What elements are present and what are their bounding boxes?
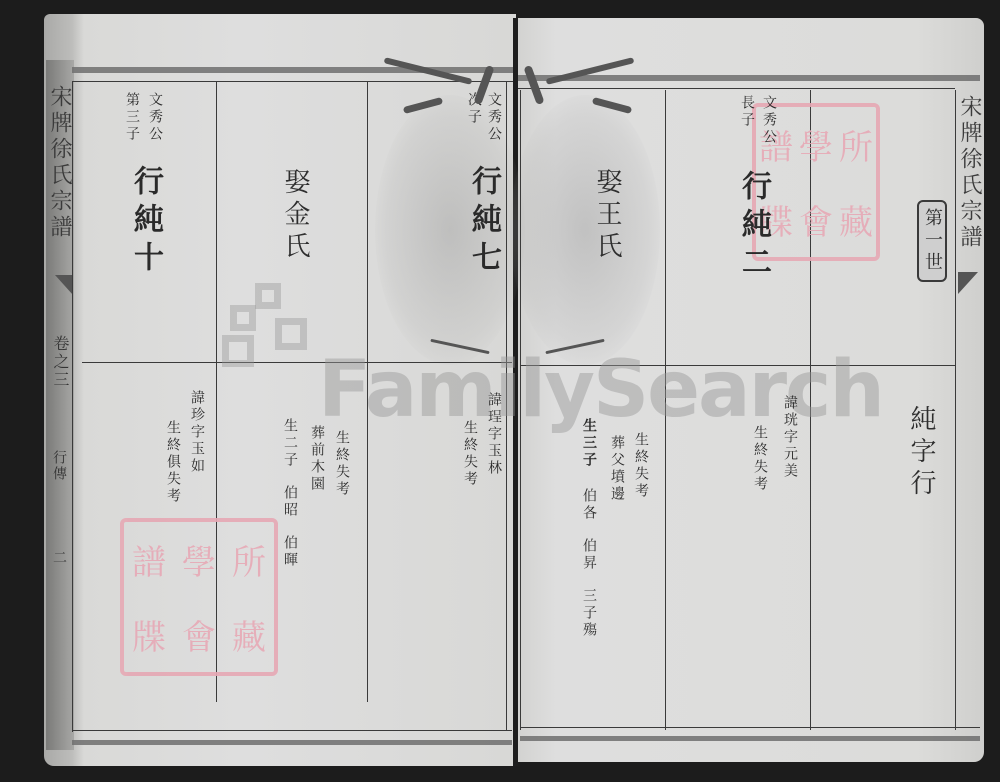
top-border-thick-right [518, 75, 980, 81]
water-stain [510, 95, 660, 365]
familysearch-watermark: FamilySearch [318, 345, 883, 435]
fish-tail-mark-right [958, 272, 978, 294]
seal-char: 譜 [124, 522, 174, 597]
seal-char: 會 [796, 182, 836, 257]
entry-child: 伯昇 [582, 538, 596, 572]
bottom-border-thick-left [72, 740, 512, 745]
seal-char: 學 [174, 522, 224, 597]
entry-detail: 生終失考 [753, 425, 767, 493]
familysearch-logo-icon [222, 335, 254, 367]
entry-father: 文秀公 [762, 95, 776, 146]
spine-volume: 卷之三 [52, 335, 68, 389]
generation-label: 純字行 [908, 405, 934, 501]
entry-child: 伯各 [582, 488, 596, 522]
familysearch-logo-icon [255, 283, 281, 309]
entry-detail: 諱珖字元美 [783, 395, 797, 480]
spine-page-number: 二 [52, 550, 66, 566]
water-stain [375, 95, 525, 365]
collector-seal-left: 譜 學 所 牒 會 藏 [120, 518, 278, 676]
entry-detail: 諱珍字玉如 [190, 390, 204, 475]
column-rule [955, 90, 956, 730]
seal-char: 藏 [836, 182, 876, 257]
familysearch-logo-icon [230, 305, 256, 331]
seal-char: 藏 [224, 597, 274, 672]
entry-child: 伯暉 [283, 535, 297, 569]
seal-char: 所 [224, 522, 274, 597]
generation-volume-badge: 第一世 [917, 200, 947, 282]
top-border-thin-right [518, 88, 955, 89]
seal-char: 牒 [124, 597, 174, 672]
entry-name: 行純二 [738, 170, 768, 284]
familysearch-logo-icon [275, 318, 307, 350]
entry-birth-order: 第三子 [125, 92, 139, 143]
top-border-thin-left [72, 81, 513, 82]
seal-char: 所 [836, 107, 876, 182]
entry-name: 行純七 [468, 165, 498, 279]
entry-detail: 諱珵字玉林 [487, 392, 501, 477]
entry-detail: 生終失考 [463, 420, 477, 488]
entry-spouse-detail: 葬父墳邊 [610, 435, 624, 503]
spine-section: 行傳 [52, 450, 66, 482]
entry-spouse-detail: 生終失考 [335, 430, 349, 498]
entry-detail: 生終俱失考 [166, 420, 180, 505]
entry-name: 行純十 [130, 165, 160, 279]
fish-tail-mark [55, 275, 73, 295]
entry-birth-order: 長子 [740, 95, 754, 129]
entry-father: 文秀公 [148, 92, 162, 143]
entry-spouse: 娶王氏 [594, 168, 620, 264]
spine-title-left: 宋牌徐氏宗譜 [48, 85, 70, 241]
entry-spouse-detail: 生終失考 [634, 432, 648, 500]
bottom-border-thin-left [72, 730, 512, 731]
entry-spouse: 娶金氏 [282, 168, 308, 264]
entry-father: 文秀公 [487, 92, 501, 143]
entry-child: 三子殤 [582, 588, 596, 639]
bottom-border-thin-right [520, 727, 980, 728]
entry-children: 生二子 [283, 418, 297, 469]
entry-child: 伯昭 [283, 485, 297, 519]
entry-children: 生三子 [582, 418, 596, 469]
bottom-border-thick-right [520, 736, 980, 741]
seal-char: 學 [796, 107, 836, 182]
seal-char: 會 [174, 597, 224, 672]
entry-spouse-detail: 葬前木園 [310, 425, 324, 493]
column-rule [72, 82, 73, 732]
spine-title-right: 宋牌徐氏宗譜 [958, 95, 980, 251]
